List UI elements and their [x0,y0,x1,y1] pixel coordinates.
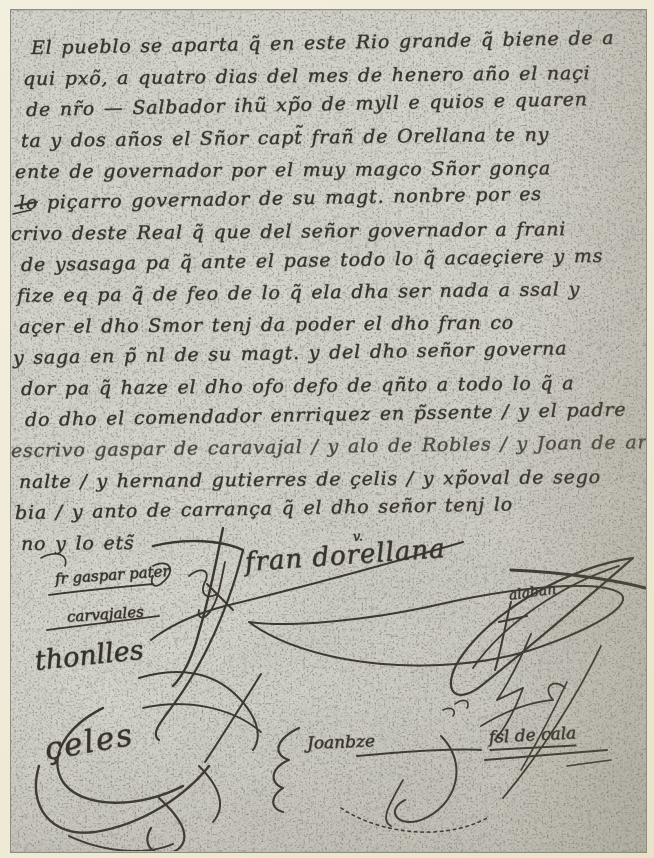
manuscript-photo: El pueblo se aparta q̃ en este Rio grand… [10,9,647,853]
signature-bottom-right: fsl de cala [488,723,577,751]
manuscript-line: fize eq pa q̃ de feo de lo q̃ ela dha se… [17,273,646,312]
signature-bottom-left: Joanbze [307,732,376,754]
photograph-page: El pueblo se aparta q̃ en este Rio grand… [0,0,654,858]
manuscript-text: El pueblo se aparta q̃ en este Rio grand… [11,33,646,560]
manuscript-line: ta y dos años el Sñor capt̃ frañ de Orel… [21,118,646,157]
